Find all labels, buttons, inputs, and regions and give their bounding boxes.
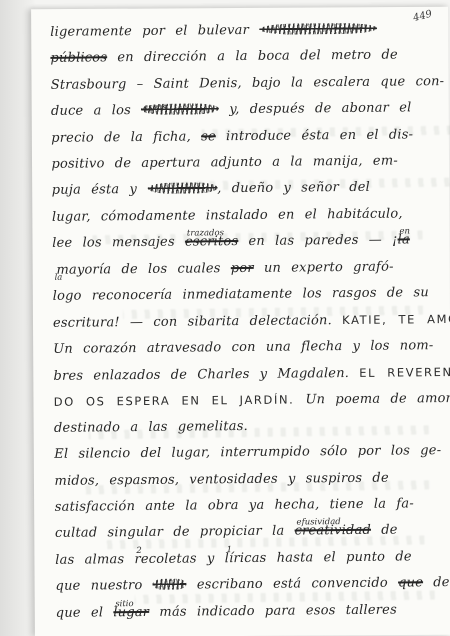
manuscript-text-segment: midos, espasmos, ventosidades y suspiros…: [54, 470, 388, 488]
manuscript-line: destinado a las gemelitas.: [54, 412, 447, 442]
manuscript-text-segment: por: [231, 260, 254, 275]
manuscript-text-segment: recoletas2: [134, 546, 197, 573]
manuscript-line: precio de la ficha, se introduce ésta en…: [51, 122, 444, 152]
manuscript-text-segment: públicos: [50, 51, 107, 67]
manuscript-text-segment: escritostrazados: [185, 229, 239, 256]
manuscript-text-segment: lee los mensajes: [52, 235, 185, 251]
manuscript-text-segment: precio de la ficha,: [51, 129, 201, 145]
manuscript-line: cultad singular de propiciar la creativi…: [55, 517, 448, 547]
manuscript-text-segment: satisfacción ante la obra ya hecha, tien…: [55, 496, 414, 514]
scribbled-out-word: aseos: [141, 103, 219, 115]
manuscript-text-segment: en las paredes — ¡: [238, 233, 397, 250]
manuscript-text-segment: mayoría de los cuales: [56, 261, 230, 278]
manuscript-text-segment: logo reconocería inmediatamente los rasg…: [53, 285, 429, 304]
manuscript-line: lugar, cómodamente instalado en el habit…: [52, 201, 445, 231]
inserted-correction: 1: [226, 537, 232, 563]
manuscript-page: 449 ligeramente por el bulevar públicos …: [31, 7, 450, 636]
manuscript-line: satisfacción ante la obra ya hecha, tien…: [55, 491, 448, 521]
manuscript-text-segment: y: [197, 551, 225, 566]
manuscript-line: públicos en dirección a la boca del metr…: [50, 42, 443, 72]
manuscript-text-segment: de: [423, 575, 450, 590]
inserted-correction: en: [399, 219, 410, 246]
scribbled-out-word: [259, 23, 377, 35]
manuscript-text-segment: escritura! — con sibarita delectación.: [53, 313, 342, 331]
manuscript-line: DO OS ESPERA EN EL JARDÍN. Un poema de a…: [54, 386, 447, 416]
manuscript-text-segment: en dirección a la boca del metro de: [107, 48, 398, 66]
manuscript-line: Strasbourg – Saint Denis, bajo la escale…: [51, 69, 444, 99]
manuscript-text-segment: hasta el punto de: [266, 549, 411, 565]
inserted-correction: efusividad: [296, 510, 340, 537]
manuscript-text-segment: lugarsitio: [113, 600, 149, 627]
manuscript-text-segment: que nuestro: [55, 578, 152, 594]
manuscript-lines: ligeramente por el bulevar públicos en d…: [50, 16, 449, 636]
manuscript-text-segment: puja ésta y: [52, 182, 148, 198]
manuscript-text-segment: introduce ésta en el dis-: [216, 127, 414, 144]
scribbled-out-word: [147, 183, 217, 195]
manuscript-text-segment: las almas: [55, 552, 134, 568]
inserted-correction: trazados: [187, 220, 224, 247]
manuscript-line: bres enlazados de Charles y Magdalen. EL…: [53, 359, 446, 389]
inserted-correction: sitio: [115, 591, 134, 618]
manuscript-text-segment: de: [371, 523, 398, 538]
manuscript-text-segment: duce a los: [51, 103, 141, 119]
manuscript-text-segment: KATIE, TE AMO.: [342, 312, 450, 327]
manuscript-text-segment: bres enlazados de Charles y Magdalen.: [53, 366, 359, 384]
manuscript-text-segment: Un corazón atravesado con una flecha y l…: [53, 338, 433, 357]
manuscript-line: puja ésta y , dueño y señor del: [52, 174, 445, 204]
manuscript-text-segment: destinado a las gemelitas.: [54, 419, 248, 436]
manuscript-line: duce a los aseos y, después de abonar el: [51, 95, 444, 125]
manuscript-text-segment: positivo de apertura adjunto a la manija…: [51, 153, 398, 171]
manuscript-text-segment: Strasbourg – Saint Denis, bajo la escale…: [51, 74, 445, 93]
manuscript-line: que el lugarsitio más indicado para esos…: [56, 597, 449, 627]
manuscript-text-segment: , dueño y señor del: [217, 180, 370, 196]
manuscript-line: escritura! — con sibarita delectación. K…: [53, 306, 446, 336]
manuscript-text-segment: EL REVEREN-: [359, 365, 450, 380]
manuscript-line: ligeramente por el bulevar: [50, 16, 443, 46]
manuscript-line: Un corazón atravesado con una flecha y l…: [53, 333, 446, 363]
manuscript-text-segment: cultad singular de propiciar la: [55, 524, 295, 541]
manuscript-text-segment: que: [398, 576, 423, 591]
manuscript-text-segment: y, después de abonar el: [219, 101, 411, 118]
inserted-correction: aseos: [143, 95, 167, 122]
manuscript-line: lee los mensajes escritostrazados en las…: [52, 227, 445, 257]
manuscript-text-segment: que el: [56, 605, 114, 621]
manuscript-line: midos, espasmos, ventosidades y suspiros…: [54, 465, 447, 495]
manuscript-text-segment: líricas1: [225, 546, 267, 573]
manuscript-text-segment: escribano está convencido: [187, 576, 399, 593]
manuscript-text-segment: creatividadefusividad: [294, 518, 371, 545]
manuscript-line: positivo de apertura adjunto a la manija…: [51, 148, 444, 178]
scribbled-out-word: [153, 579, 187, 590]
manuscript-line: las almas recoletas2 y líricas1 hasta el…: [55, 544, 448, 574]
inserted-correction: 2: [136, 538, 142, 564]
manuscript-text-segment: El silencio del lugar, interrumpido sólo…: [54, 443, 441, 462]
manuscript-line: El silencio del lugar, interrumpido sólo…: [54, 438, 447, 468]
manuscript-text-segment: DO OS ESPERA EN EL JARDÍN.: [54, 393, 306, 409]
manuscript-text-segment: laen: [397, 228, 410, 255]
manuscript-text-segment: Un poema de amor: [305, 391, 450, 407]
manuscript-text-segment: lugar, cómodamente instalado en el habit…: [52, 206, 403, 224]
manuscript-text-segment: ligeramente por el bulevar: [50, 23, 259, 40]
manuscript-text-segment: más indicado para esos talleres: [149, 602, 397, 619]
manuscript-text-segment: un experto grafó-: [254, 259, 394, 275]
manuscript-text-segment: se: [201, 129, 216, 144]
manuscript-line: logo reconocería inmediatamente los rasg…: [53, 280, 446, 310]
manuscript-line: lamayoría de los cuales por un experto g…: [52, 254, 445, 284]
